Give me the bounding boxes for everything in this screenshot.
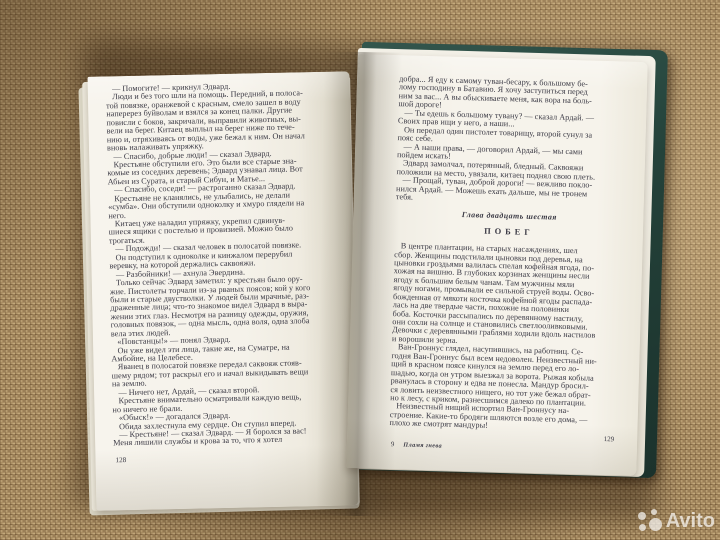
left-page-text-column: — Помогите! — крикнул Эдвард. Люди и без… <box>106 80 350 464</box>
chapter-title: ПОБЕГ <box>395 224 623 239</box>
photo-of-open-book: — Помогите! — крикнул Эдвард. Люди и без… <box>0 0 720 540</box>
book-page-right: добра... Я еду к самому туван-бесару, к … <box>346 54 647 476</box>
signature-mark: 9 <box>391 441 395 448</box>
running-title: Пламя гнева <box>403 441 442 449</box>
signature-footer: 9 Пламя гнева <box>389 441 617 454</box>
watermark-label: Avito <box>666 510 715 533</box>
avito-logo-icon <box>636 508 663 535</box>
right-page-lines-top: добра... Я еду к самому туван-бесару, к … <box>396 75 627 208</box>
right-page-lines-bottom: В центре плантации, на старых насаждения… <box>389 242 622 434</box>
book-page-left: — Помогите! — крикнул Эдвард. Люди и без… <box>87 71 358 510</box>
right-page-text-column: добра... Я еду к самому туван-бесару, к … <box>389 75 627 454</box>
avito-watermark: Avito <box>636 508 715 535</box>
left-page-lines: — Помогите! — крикнул Эдвард. Люди и без… <box>106 80 350 448</box>
chapter-label: Глава двадцать шестая <box>395 209 623 224</box>
page-number-left: 128 <box>113 451 349 464</box>
